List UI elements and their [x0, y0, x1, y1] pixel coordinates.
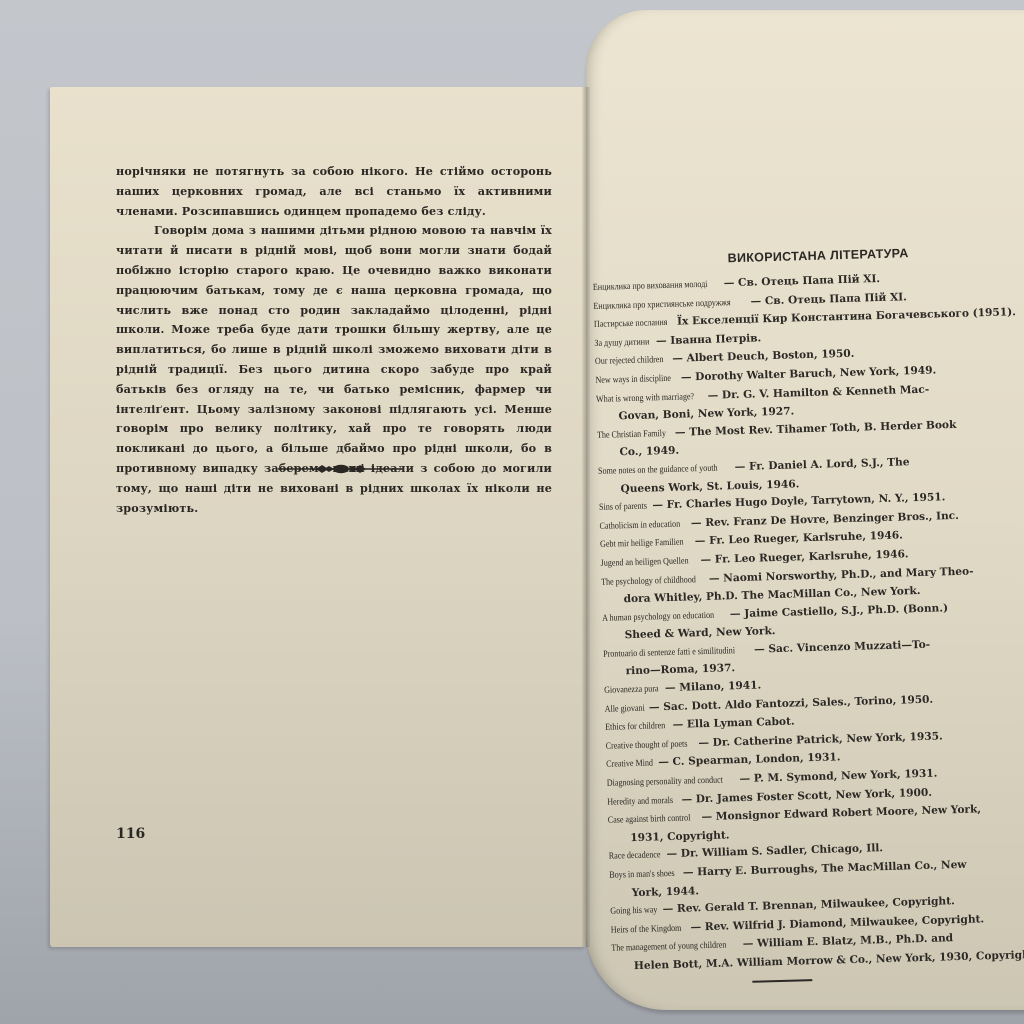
entry-author: — Fr. Leo Rueger, Karlsruhe, 1946. — [697, 548, 909, 566]
entry-title: Heirs of the Kingdom — [611, 921, 682, 941]
entry-author: — William E. Blatz, M.B., Ph.D. and — [739, 933, 953, 951]
entry-title: Alle giovani — [604, 700, 645, 719]
entry-author: — Fr. Daniel A. Lord, S.J., The — [731, 456, 910, 473]
entry-title: Ethics for children — [605, 718, 665, 737]
entry-title: Gebt mir heilige Familien — [600, 535, 684, 555]
entry-title: New ways in discipline — [595, 371, 671, 391]
bibliography: ВИКОРИСТАНА ЛІТЕРАТУРА Енциклика про вих… — [592, 243, 1024, 986]
entry-title: За душу дитини — [594, 334, 649, 353]
entry-author: — Fr. Leo Rueger, Karlsruhe, 1946. — [691, 530, 903, 548]
entry-title: A human psychology on education — [602, 607, 714, 628]
entry-title: Heredity and morals — [607, 793, 673, 812]
entry-author: — Св. Отець Папа Пій XI. — [747, 291, 907, 307]
entry-title: The management of young children — [611, 938, 727, 959]
entry-author: — Dr. William S. Sadler, Chicago, Ill. — [663, 843, 883, 861]
entry-author: — Іванна Петрів. — [652, 332, 761, 347]
entry-title: Creative thought of poets — [606, 736, 688, 756]
entry-title: Giovanezza pura — [604, 681, 659, 700]
entry-author: — Jaime Castiello, S.J., Ph.D. (Bonn.) — [726, 602, 948, 620]
entry-author: — C. Spearman, London, 1931. — [654, 752, 840, 769]
entry-title: Пастирське послання — [594, 315, 668, 335]
entry-title: Case against birth control — [608, 811, 691, 831]
entry-title: Sins of parents — [599, 499, 647, 518]
book-gutter — [582, 87, 590, 947]
entry-title: Jugend an heiligen Quellen — [600, 553, 688, 573]
entry-title: The Christian Family — [597, 426, 666, 446]
bibliography-list: Енциклика про виховання молоді — Св. Оте… — [593, 267, 1024, 976]
entry-author: — Св. Отець Папа Пій XI. — [720, 273, 880, 289]
entry-author: — Sac. Vincenzo Muzzati—To- — [750, 639, 930, 656]
entry-title: Boys in man's shoes — [609, 866, 675, 885]
entry-title: What is wrong with marriage? — [596, 389, 695, 409]
entry-title: Енциклика про виховання молоді — [593, 277, 708, 298]
entry-author: — Ella Lyman Cabot. — [669, 716, 795, 732]
entry-title: Going his way — [610, 903, 658, 922]
entry-title: Some notes on the guidance of youth — [598, 461, 718, 482]
entry-title: Race decadence — [609, 848, 661, 867]
entry-title: Our rejected children — [595, 352, 664, 371]
entry-author: — Milano, 1941. — [661, 680, 761, 695]
page-number: 116 — [116, 826, 145, 842]
section-divider-ornament — [276, 462, 406, 476]
entry-title: Diagnosing personality and conduct — [607, 773, 724, 794]
entry-title: The psychology of childhood — [601, 572, 696, 592]
entry-title: Catholicism in education — [599, 516, 680, 536]
paragraph: норічняки не потягнуть за собою нікого. … — [116, 162, 552, 221]
entry-title: Creative Mind — [606, 756, 653, 775]
entry-title: Prontuario di sentenze fatti e similitud… — [603, 643, 735, 664]
entry-author: — P. M. Symond, New York, 1931. — [736, 768, 938, 786]
entry-author: — Albert Deuch, Boston, 1950. — [668, 348, 854, 365]
